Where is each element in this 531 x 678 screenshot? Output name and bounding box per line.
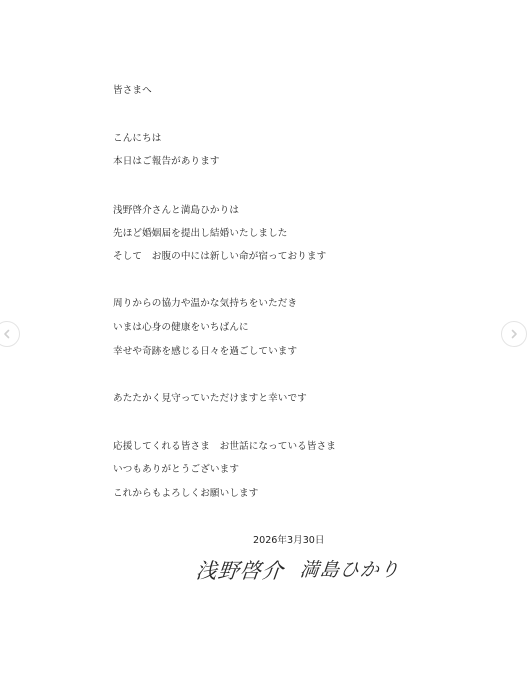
letter-page: 皆さまへ こんにちは 本日はご報告があります 浅野啓介さんと満島ひかりは 先ほど… <box>0 0 531 678</box>
letter-line: 周りからの協力や温かな気持ちをいただき <box>113 298 297 310</box>
letter-line: 幸せや奇跡を感じる日々を過ごしています <box>113 346 297 358</box>
handwritten-signature: 浅野啓介 満島ひかり <box>196 553 396 585</box>
letter-date: 2026年3月30日 <box>253 535 325 547</box>
letter-line: 先ほど婚姻届を提出し結婚いたしました <box>113 228 288 240</box>
letter-line: いまは心身の健康をいちばんに <box>113 322 249 334</box>
letter-line: そして お腹の中には新しい命が宿っております <box>113 251 326 263</box>
letter-line: 応援してくれる皆さま お世話になっている皆さま <box>113 441 336 453</box>
letter-line: こんにちは <box>113 133 161 145</box>
signature-name-1: 浅野啓介 <box>194 555 285 585</box>
greeting: 皆さまへ <box>113 85 152 97</box>
chevron-left-icon <box>2 329 12 339</box>
letter-line: あたたかく見守っていただけますと幸いです <box>113 393 307 405</box>
letter-line: 本日はご報告があります <box>113 156 220 168</box>
letter-line: 浅野啓介さんと満島ひかりは <box>113 205 239 217</box>
letter-line: これからもよろしくお願いします <box>113 488 258 500</box>
letter-line: いつもありがとうございます <box>113 464 239 476</box>
next-slide-button[interactable] <box>501 321 527 347</box>
signature-name-2: 満島ひかり <box>299 555 402 582</box>
chevron-right-icon <box>509 329 519 339</box>
